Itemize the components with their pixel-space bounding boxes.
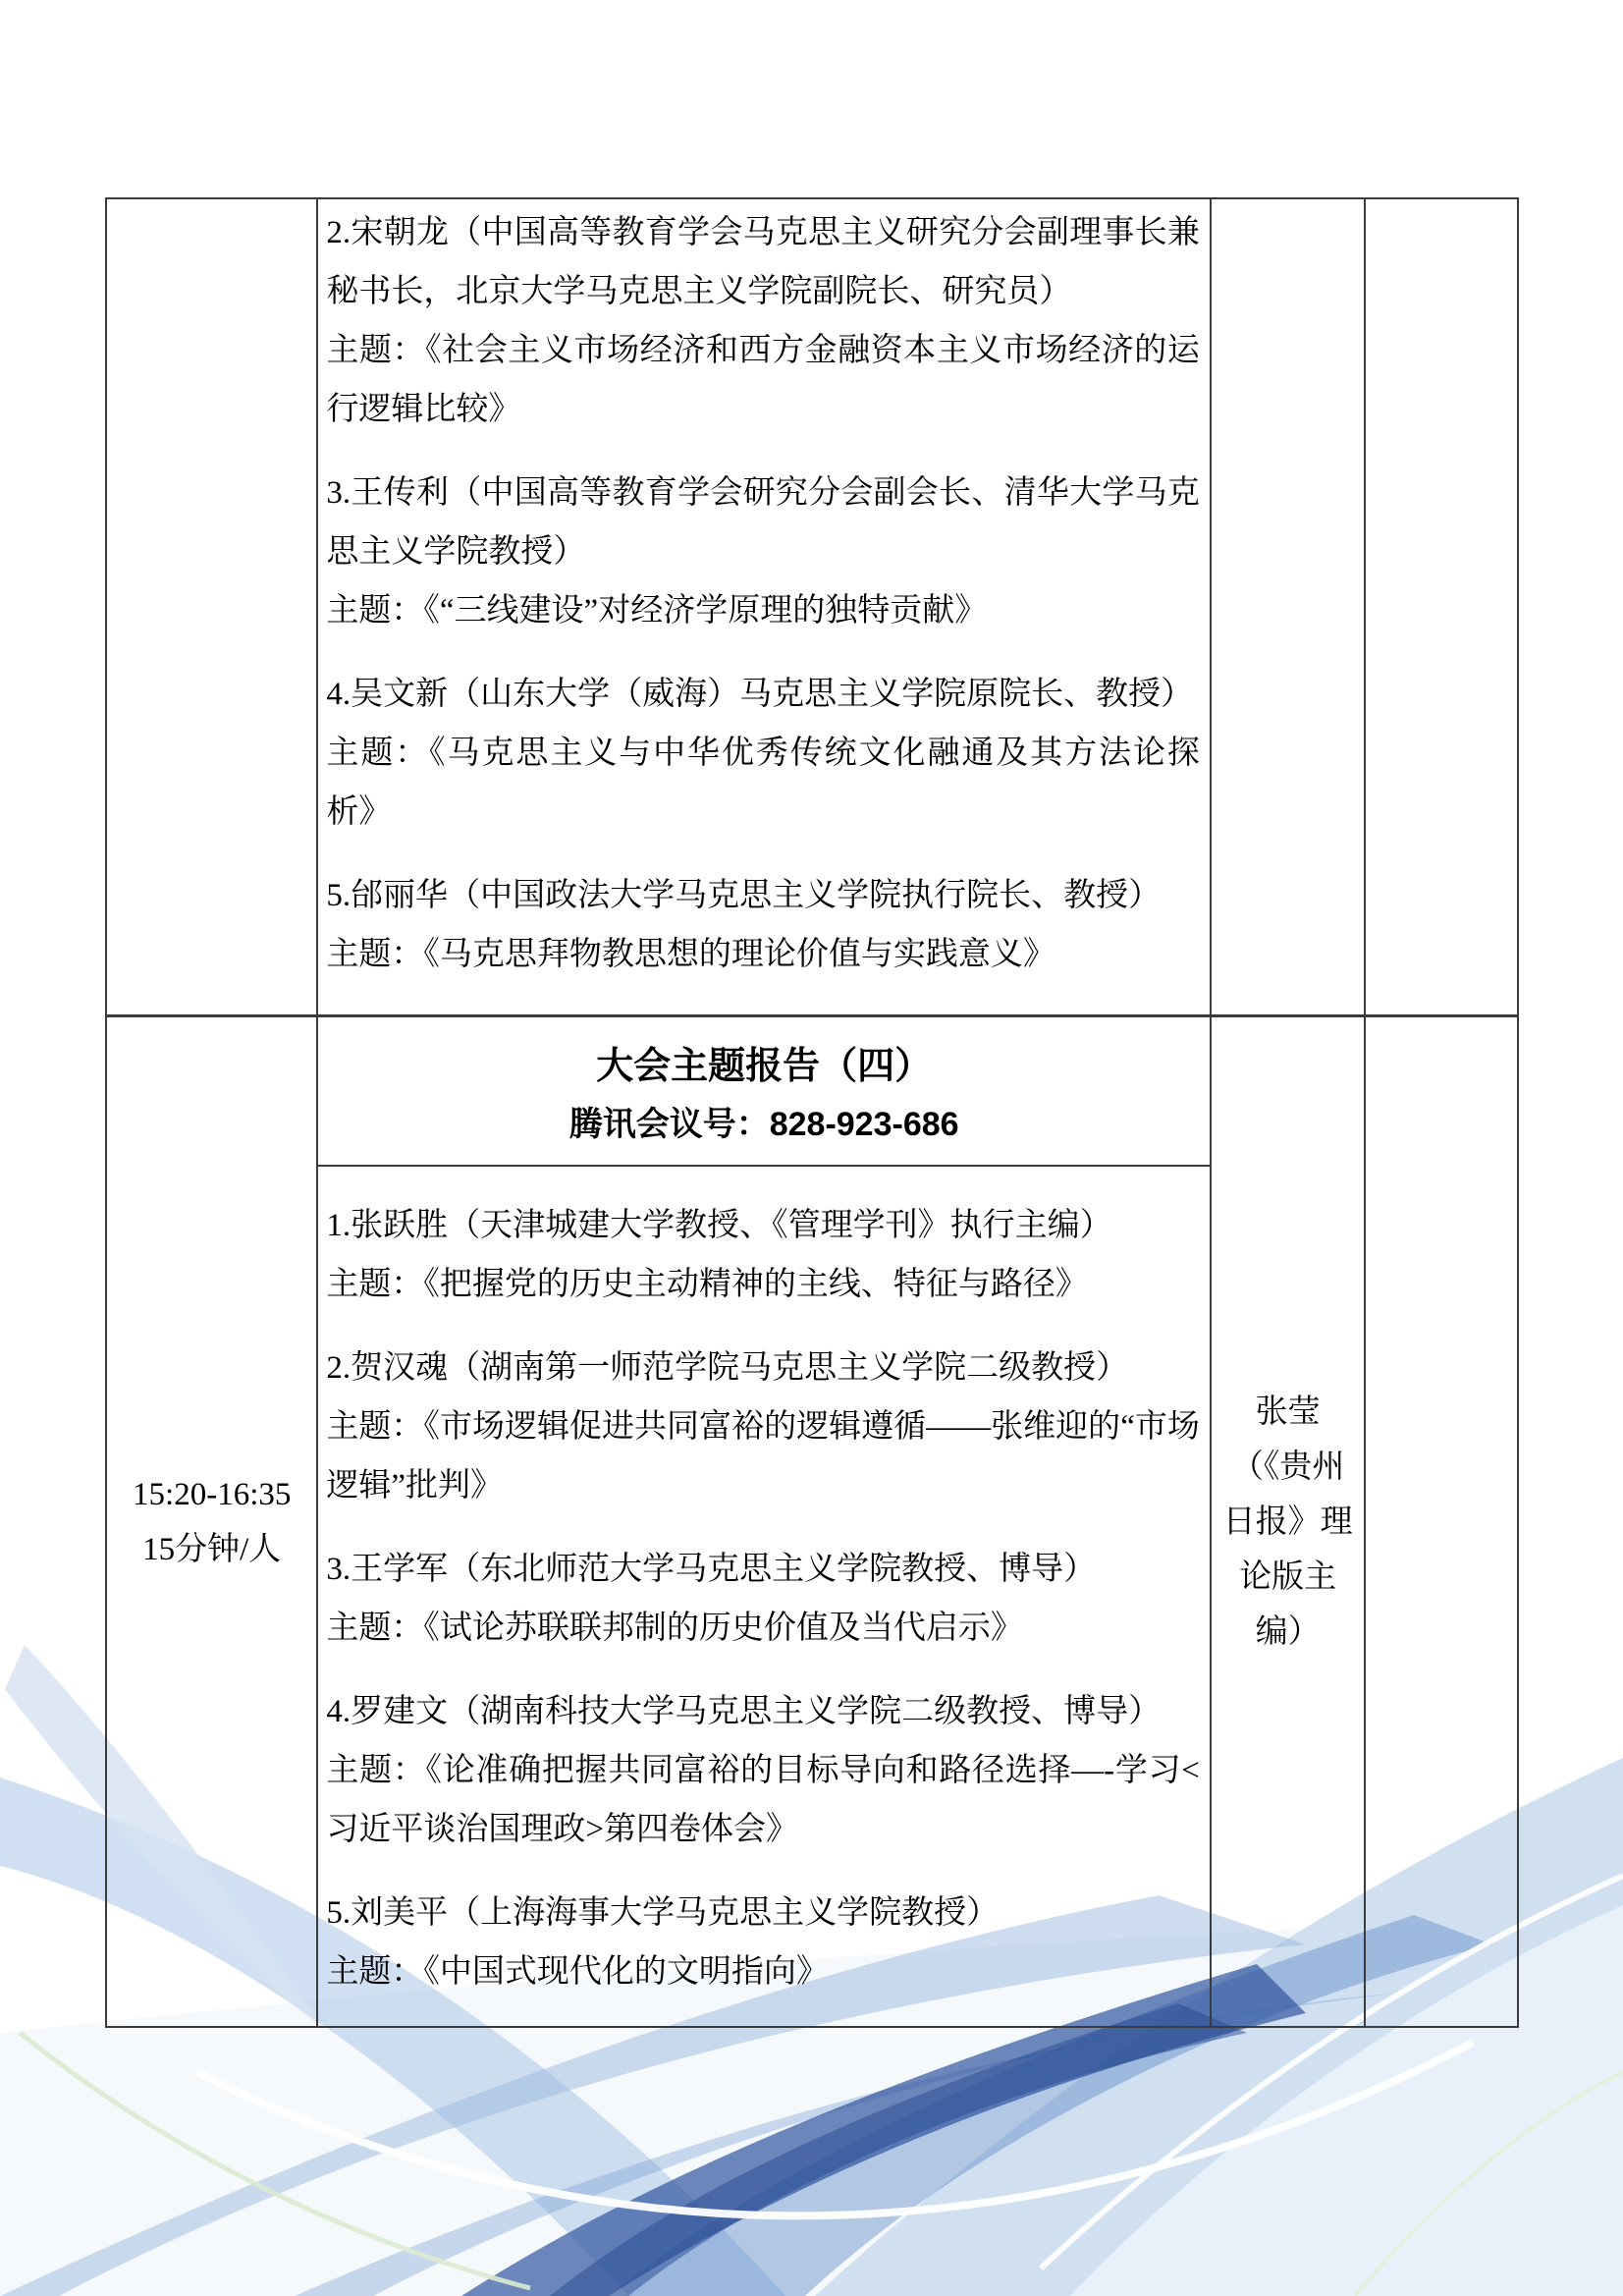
session-title: 大会主题报告（四） [318,1037,1209,1096]
speaker-intro: 1.张跃胜（天津城建大学教授、《管理学刊》执行主编） [326,1196,1199,1255]
speaker-intro: 3.王学军（东北师范大学马克思主义学院教授、博导） [326,1540,1199,1599]
speaker-list: 2.宋朝龙（中国高等教育学会马克思主义研究分会副理事长兼秘书长，北京大学马克思主… [318,199,1209,984]
speaker-intro: 3.王传利（中国高等教育学会研究分会副会长、清华大学马克思主义学院教授） [326,464,1199,581]
speaker-topic: 主题：《马克思主义与中华优秀传统文化融通及其方法论探析》 [326,724,1199,842]
speaker-entry: 1.张跃胜（天津城建大学教授、《管理学刊》执行主编） 主题：《把握党的历史主动精… [326,1196,1199,1314]
session-header: 大会主题报告（四） 腾讯会议号：828-923-686 [318,1017,1209,1167]
speaker-entry: 3.王学军（东北师范大学马克思主义学院教授、博导） 主题：《试论苏联联邦制的历史… [326,1540,1199,1658]
speaker-topic: 主题：《中国式现代化的文明指向》 [326,1942,1199,2001]
speaker-topic: 主题：《社会主义市场经济和西方金融资本主义市场经济的运行逻辑比较》 [326,321,1199,439]
speaker-topic: 主题：《马克思拜物教思想的理论价值与实践意义》 [326,925,1199,984]
speaker-intro: 5.邰丽华（中国政法大学马克思主义学院执行院长、教授） [326,866,1199,925]
speaker-topic: 主题：《“三线建设”对经济学原理的独特贡献》 [326,581,1199,640]
speaker-entry: 3.王传利（中国高等教育学会研究分会副会长、清华大学马克思主义学院教授） 主题：… [326,464,1199,640]
speaker-entry: 5.刘美平（上海海事大学马克思主义学院教授） 主题：《中国式现代化的文明指向》 [326,1884,1199,2001]
speaker-topic: 主题：《论准确把握共同富裕的目标导向和路径选择—-学习<习近平谈治国理政>第四卷… [326,1741,1199,1859]
table-row: 2.宋朝龙（中国高等教育学会马克思主义研究分会副理事长兼秘书长，北京大学马克思主… [107,199,1517,1014]
time-cell: 15:20-16:35 15分钟/人 [107,1017,318,2026]
moderator-cell: 张莹 （《贵州 日报》理 论版主 编） [1212,1017,1367,2026]
moderator-name: 张莹 （《贵州 日报》理 论版主 编） [1223,1385,1353,1660]
speaker-entry: 2.宋朝龙（中国高等教育学会马克思主义研究分会副理事长兼秘书长，北京大学马克思主… [326,203,1199,439]
notes-cell-empty [1366,1017,1517,2026]
speaker-entry: 2.贺汉魂（湖南第一师范学院马克思主义学院二级教授） 主题：《市场逻辑促进共同富… [326,1339,1199,1515]
session-content-cell: 大会主题报告（四） 腾讯会议号：828-923-686 1.张跃胜（天津城建大学… [318,1017,1211,2026]
speaker-intro: 2.贺汉魂（湖南第一师范学院马克思主义学院二级教授） [326,1339,1199,1397]
session-content-cell: 2.宋朝龙（中国高等教育学会马克思主义研究分会副理事长兼秘书长，北京大学马克思主… [318,199,1211,1014]
speaker-list: 1.张跃胜（天津城建大学教授、《管理学刊》执行主编） 主题：《把握党的历史主动精… [318,1167,1209,2001]
speaker-topic: 主题：《把握党的历史主动精神的主线、特征与路径》 [326,1255,1199,1314]
table-row: 15:20-16:35 15分钟/人 大会主题报告（四） 腾讯会议号：828-9… [107,1014,1517,2026]
speaker-topic: 主题：《市场逻辑促进共同富裕的逻辑遵循——张维迎的“市场逻辑”批判》 [326,1397,1199,1515]
speaker-topic: 主题：《试论苏联联邦制的历史价值及当代启示》 [326,1599,1199,1658]
meeting-id: 腾讯会议号：828-923-686 [318,1096,1209,1153]
speaker-entry: 4.罗建文（湖南科技大学马克思主义学院二级教授、博导） 主题：《论准确把握共同富… [326,1682,1199,1859]
session-time: 15:20-16:35 15分钟/人 [133,1467,291,1577]
speaker-intro: 4.罗建文（湖南科技大学马克思主义学院二级教授、博导） [326,1682,1199,1741]
speaker-intro: 2.宋朝龙（中国高等教育学会马克思主义研究分会副理事长兼秘书长，北京大学马克思主… [326,203,1199,321]
time-cell-empty [107,199,318,1014]
speaker-intro: 5.刘美平（上海海事大学马克思主义学院教授） [326,1884,1199,1942]
program-table: 2.宋朝龙（中国高等教育学会马克思主义研究分会副理事长兼秘书长，北京大学马克思主… [105,197,1519,2028]
moderator-cell-empty [1212,199,1367,1014]
speaker-entry: 4.吴文新（山东大学（威海）马克思主义学院原院长、教授） 主题：《马克思主义与中… [326,665,1199,842]
program-page: 2.宋朝龙（中国高等教育学会马克思主义研究分会副理事长兼秘书长，北京大学马克思主… [0,0,1623,2296]
speaker-intro: 4.吴文新（山东大学（威海）马克思主义学院原院长、教授） [326,665,1199,724]
notes-cell-empty [1366,199,1517,1014]
speaker-entry: 5.邰丽华（中国政法大学马克思主义学院执行院长、教授） 主题：《马克思拜物教思想… [326,866,1199,984]
